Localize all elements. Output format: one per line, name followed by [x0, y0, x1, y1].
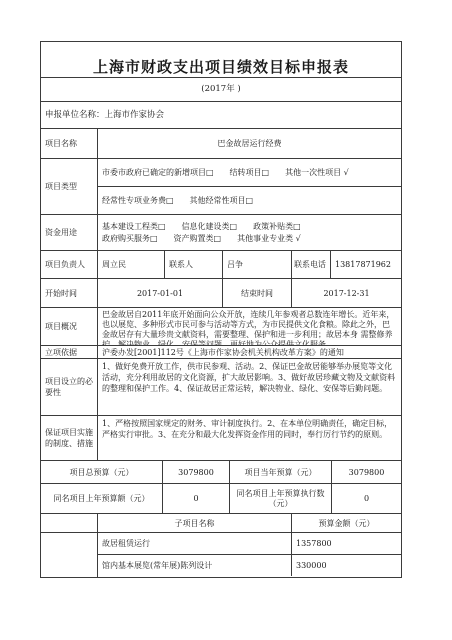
sub-project-amount: 1357800 — [292, 533, 401, 554]
overview-text: 巴金故居自2011年底开始面向公众开放，连续几年参观者总数连年增长。近年来，也以… — [102, 310, 394, 339]
table-row: 故居租赁运行 1357800 — [98, 533, 401, 555]
necessity-text: 1、做好免费开放工作，供市民参观、活动。2、保证巴金故居能够举办展览等文化活动，… — [102, 361, 397, 394]
declare-unit-row: 申报单位名称： 上海市作家协会 — [41, 102, 401, 128]
measures-text-cell: 1、严格按照国家规定的财务、审计制度执行。2、在本单位明确责任，确定目标，严格实… — [98, 416, 401, 460]
phone-value: 13817871962 — [331, 251, 401, 278]
start-time-value: 2017-01-01 — [98, 279, 223, 307]
funds-use-options: 基本建设工程类□ 信息化建设类□ 政策补贴类□ 政府购买服务□ 资产购置类□ 其… — [98, 215, 401, 250]
form-year: (2017年 ) — [41, 78, 401, 101]
budget-prev-exec-label: 同名项目上年预算执行数（元） — [230, 484, 332, 513]
declare-unit-value: 上海市作家协会 — [105, 110, 165, 121]
budget-prev-exec-value: 0 — [332, 484, 401, 513]
project-type-options-2: 经常性专项业务费□ 其他经常性项目□ — [98, 187, 401, 214]
project-name-label: 项目名称 — [41, 129, 98, 158]
project-name-value: 巴金故居运行经费 — [98, 129, 401, 158]
funds-use-options-2: 政府购买服务□ 资产购置类□ 其他事业专业类 √ — [102, 233, 397, 245]
declare-unit-label: 申报单位名称： — [45, 110, 105, 121]
sub-project-amount: 330000 — [292, 555, 401, 576]
budget-prev-value: 0 — [163, 484, 230, 513]
measures-text: 1、严格按照国家规定的财务、审计制度执行。2、在本单位明确责任，确定目标，严格实… — [102, 418, 397, 440]
project-type-label: 项目类型 — [41, 159, 98, 214]
sub-project-name: 故居租赁运行 — [98, 533, 292, 554]
leader-name: 周立民 — [98, 251, 165, 278]
budget-prev-label: 同名项目上年预算额（元） — [41, 484, 163, 513]
necessity-label: 项目设立的必要性 — [41, 359, 98, 415]
budget-year-value: 3079800 — [332, 461, 401, 483]
sub-project-name-header: 子项目名称 — [98, 514, 292, 532]
funds-use-options-1: 基本建设工程类□ 信息化建设类□ 政策补贴类□ — [102, 221, 397, 233]
end-time-label: 结束时间 — [223, 279, 292, 307]
end-time-value: 2017-12-31 — [292, 279, 401, 307]
form-title: 上海市财政支出项目绩效目标申报表 — [41, 42, 401, 77]
basis-text: 沪委办发[2001]112号《上海市作家协会机关机构改革方案》的通知 — [98, 346, 401, 358]
leader-label: 项目负责人 — [41, 251, 98, 278]
performance-target-form: 上海市财政支出项目绩效目标申报表 (2017年 ) 申报单位名称： 上海市作家协… — [40, 41, 402, 578]
sub-project-name: 馆内基本展览(常年展)陈列设计 — [98, 555, 292, 576]
measures-label: 保证项目实施的制度、措施 — [41, 416, 98, 460]
basis-label: 立项依据 — [41, 346, 98, 358]
overview-label: 项目概况 — [41, 308, 98, 345]
overview-text-cell: 巴金故居自2011年底开始面向公众开放，连续几年参观者总数连年增长。近年来，也以… — [98, 308, 401, 345]
sub-project-header-spacer-cell — [41, 514, 98, 532]
start-time-label: 开始时间 — [41, 279, 98, 307]
sub-project-amount-header: 预算金额（元） — [292, 514, 401, 532]
budget-total-value: 3079800 — [163, 461, 230, 483]
contact-label: 联系人 — [165, 251, 223, 278]
project-type-options-1: 市委市政府已确定的新增项目□ 结转项目□ 其他一次性项目 √ — [98, 159, 401, 186]
budget-year-label: 项目当年预算（元） — [230, 461, 332, 483]
table-row: 馆内基本展览(常年展)陈列设计 330000 — [98, 555, 401, 576]
necessity-text-cell: 1、做好免费开放工作，供市民参观、活动。2、保证巴金故居能够举办展览等文化活动，… — [98, 359, 401, 415]
sub-project-spanner-cell — [41, 533, 98, 577]
budget-total-label: 项目总预算（元） — [41, 461, 163, 483]
phone-label: 联系电话 — [292, 251, 331, 278]
contact-name: 吕争 — [223, 251, 292, 278]
funds-use-label: 资金用途 — [41, 215, 98, 250]
